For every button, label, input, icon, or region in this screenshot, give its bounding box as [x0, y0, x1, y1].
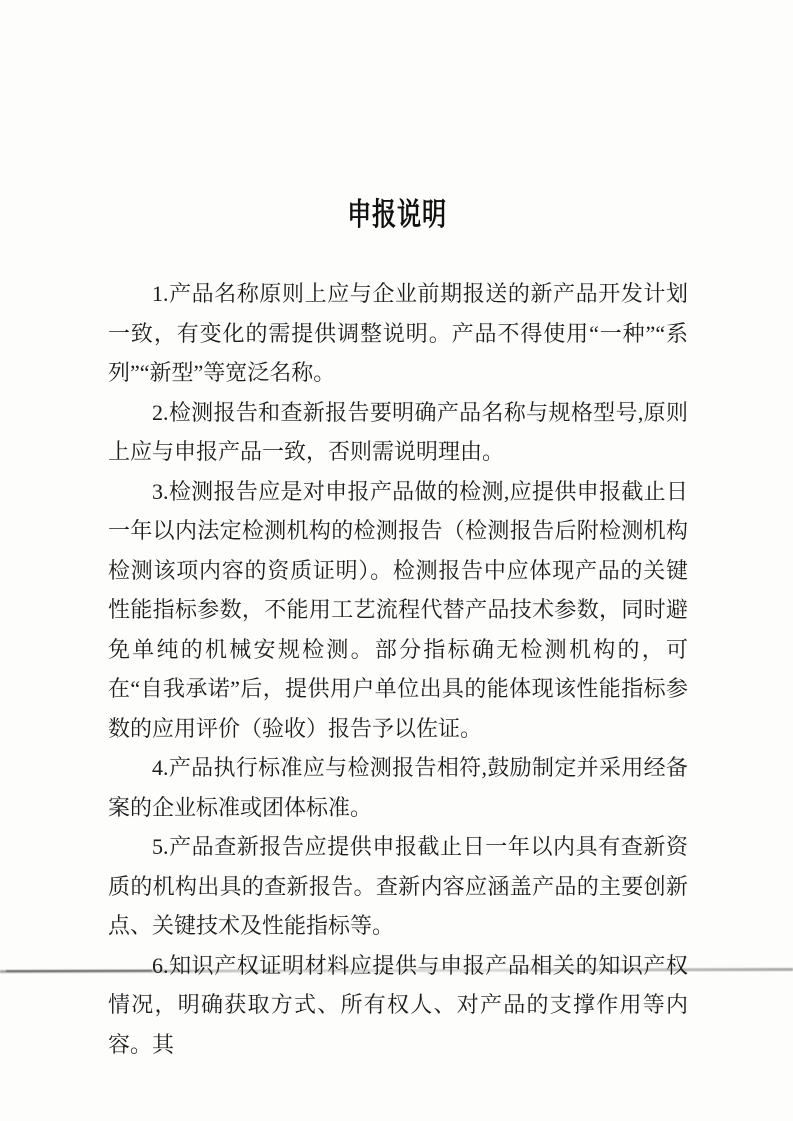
page-title-text: 申报说明: [347, 196, 447, 234]
paragraph-2-test-and-novelty-report-rule: 2.检测报告和查新报告要明确产品名称与规格型号,原则上应与申报产品一致，否则需说…: [108, 393, 688, 472]
paragraph-6-ip-certificate-requirements: 6.知识产权证明材料应提供与申报产品相关的知识产权情况，明确获取方式、所有权人、…: [108, 946, 688, 1065]
scanned-document-page: 申报说明 1.产品名称原则上应与企业前期报送的新产品开发计划一致，有变化的需提供…: [0, 0, 793, 1121]
paragraph-5-novelty-report-requirements: 5.产品查新报告应提供申报截止日一年以内具有查新资质的机构出具的查新报告。查新内…: [108, 827, 688, 946]
paragraph-1-product-name-rule: 1.产品名称原则上应与企业前期报送的新产品开发计划一致，有变化的需提供调整说明。…: [108, 274, 688, 393]
page-title: 申报说明: [0, 196, 793, 234]
document-body: 1.产品名称原则上应与企业前期报送的新产品开发计划一致，有变化的需提供调整说明。…: [108, 274, 688, 1064]
paragraph-4-product-standard-rule: 4.产品执行标准应与检测报告相符,鼓励制定并采用经备案的企业标准或团体标准。: [108, 748, 688, 827]
paragraph-3-test-report-requirements: 3.检测报告应是对申报产品做的检测,应提供申报截止日一年以内法定检测机构的检测报…: [108, 472, 688, 749]
